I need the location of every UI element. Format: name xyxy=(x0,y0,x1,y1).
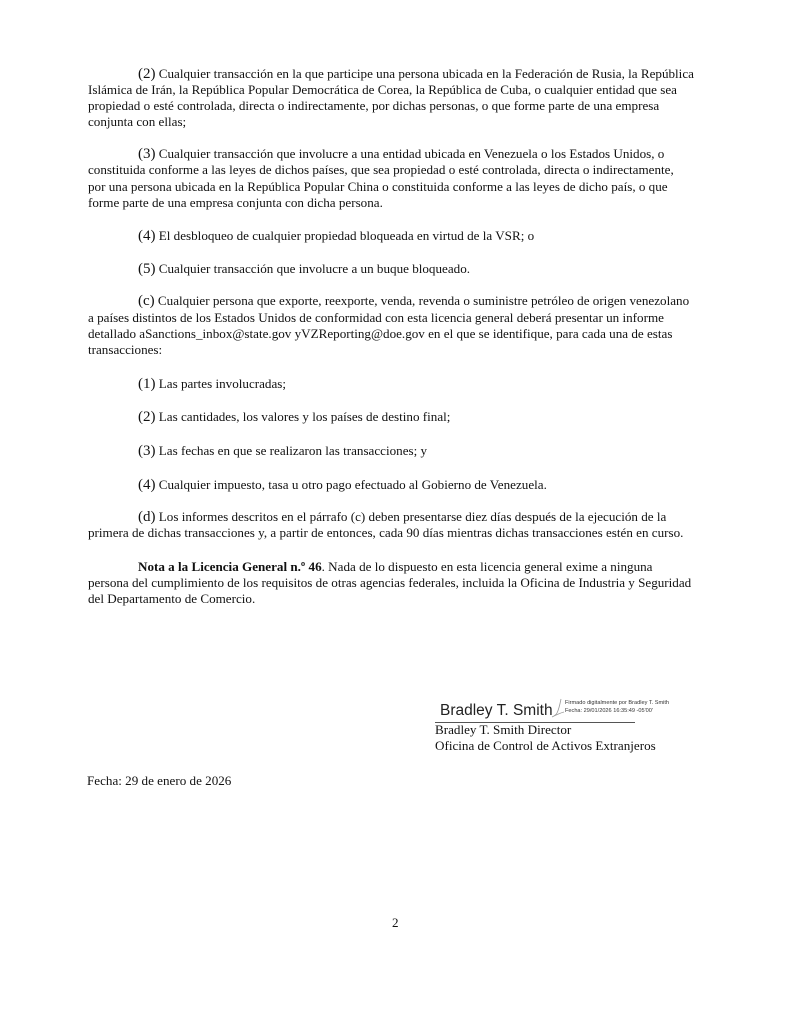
item-marker: (4) xyxy=(138,477,156,493)
item-text: Las partes involucradas; xyxy=(156,376,287,391)
document-body: (2) Cualquier transacción en la que part… xyxy=(88,66,694,623)
page-number: 2 xyxy=(392,915,399,931)
signatory-name-title: Bradley T. Smith Director xyxy=(435,722,656,738)
document-date: Fecha: 29 de enero de 2026 xyxy=(87,773,231,789)
list-item-c2: (2) Las cantidades, los valores y los pa… xyxy=(138,409,694,425)
paragraph-text: Cualquier persona que exporte, reexporte… xyxy=(88,293,689,356)
digital-signature-name: Bradley T. Smith xyxy=(440,702,553,720)
paragraph-d: (d) Los informes descritos en el párrafo… xyxy=(88,509,694,541)
item-marker: (1) xyxy=(138,376,156,392)
paragraph-marker: (d) xyxy=(138,509,156,525)
paragraph-marker: (3) xyxy=(138,146,156,162)
note-title: Nota a la Licencia General n.º 46 xyxy=(138,559,322,574)
paragraph-4: (4) El desbloqueo de cualquier propiedad… xyxy=(138,228,694,244)
paragraph-marker: (c) xyxy=(138,293,155,309)
signatory-title: Bradley T. Smith Director Oficina de Con… xyxy=(435,722,656,754)
paragraph-text: Los informes descritos en el párrafo (c)… xyxy=(88,509,683,540)
digital-signature-details: Firmado digitalmente por Bradley T. Smit… xyxy=(565,699,669,715)
paragraph-marker: (2) xyxy=(138,66,156,82)
signature-signed-by: Firmado digitalmente por Bradley T. Smit… xyxy=(565,699,669,707)
list-item-c1: (1) Las partes involucradas; xyxy=(138,376,694,392)
item-text: Cualquier impuesto, tasa u otro pago efe… xyxy=(156,477,547,492)
paragraph-text: Cualquier transacción que involucre a un… xyxy=(88,146,674,209)
signature-timestamp: Fecha: 29/01/2026 16:35:49 -05'00' xyxy=(565,707,669,715)
note-paragraph: Nota a la Licencia General n.º 46. Nada … xyxy=(88,559,694,607)
signatory-office: Oficina de Control de Activos Extranjero… xyxy=(435,738,656,754)
signature-mark-icon xyxy=(551,698,565,718)
list-item-c3: (3) Las fechas en que se realizaron las … xyxy=(138,443,694,459)
paragraph-marker: (5) xyxy=(138,261,156,277)
paragraph-c: (c) Cualquier persona que exporte, reexp… xyxy=(88,293,694,357)
paragraph-text: Cualquier transacción en la que particip… xyxy=(88,66,694,129)
paragraph-text: El desbloqueo de cualquier propiedad blo… xyxy=(156,228,535,243)
paragraph-marker: (4) xyxy=(138,228,156,244)
paragraph-text: Cualquier transacción que involucre a un… xyxy=(156,261,471,276)
item-marker: (2) xyxy=(138,409,156,425)
item-text: Las cantidades, los valores y los países… xyxy=(156,409,451,424)
paragraph-3: (3) Cualquier transacción que involucre … xyxy=(88,146,694,210)
paragraph-2: (2) Cualquier transacción en la que part… xyxy=(88,66,694,130)
paragraph-5: (5) Cualquier transacción que involucre … xyxy=(138,261,694,277)
item-marker: (3) xyxy=(138,443,156,459)
list-item-c4: (4) Cualquier impuesto, tasa u otro pago… xyxy=(138,477,694,493)
item-text: Las fechas en que se realizaron las tran… xyxy=(156,443,428,458)
